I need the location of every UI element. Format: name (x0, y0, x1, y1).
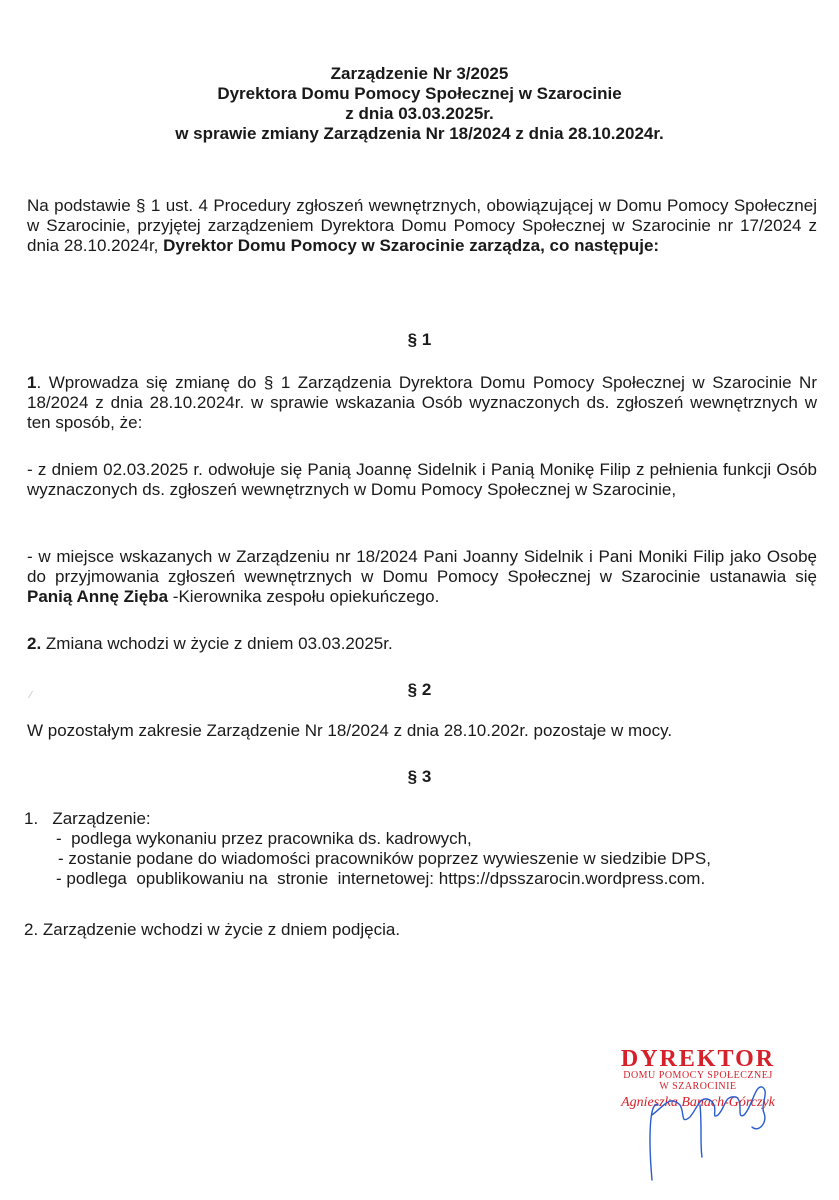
stamp-title: DYREKTOR (598, 1048, 798, 1070)
order-number: Zarządzenie Nr 3/2025 (0, 64, 839, 84)
appointed-person: Panią Annę Zięba (27, 587, 168, 606)
section-1-item-2: 2. Zmiana wchodzi w życie z dniem 03.03.… (27, 634, 817, 654)
section-3-item-1: 1. Zarządzenie: (24, 809, 814, 829)
signature-icon (640, 1075, 780, 1185)
section-3-bullet-2: - zostanie podane do wiadomości pracowni… (58, 849, 839, 869)
preamble: Na podstawie § 1 ust. 4 Procedury zgłosz… (27, 196, 817, 256)
item-text: Zmiana wchodzi w życie z dniem 03.03.202… (41, 634, 393, 653)
section-2-text: W pozostałym zakresie Zarządzenie Nr 18/… (27, 721, 817, 741)
bullet-text-end: -Kierownika zespołu opiekuńczego. (168, 587, 439, 606)
document-header: Zarządzenie Nr 3/2025 Dyrektora Domu Pom… (0, 64, 839, 144)
item-text: . Wprowadza się zmianę do § 1 Zarządzeni… (27, 373, 817, 432)
section-3-item-2: 2. Zarządzenie wchodzi w życie z dniem p… (24, 920, 814, 940)
issuer: Dyrektora Domu Pomocy Społecznej w Szaro… (0, 84, 839, 104)
section-1-item-1: 1. Wprowadza się zmianę do § 1 Zarządzen… (27, 373, 817, 433)
section-1-bullet-1: - z dniem 02.03.2025 r. odwołuje się Pan… (27, 460, 817, 500)
section-3-bullet-1: - podlega wykonaniu przez pracownika ds.… (56, 829, 839, 849)
item-number: 2. (27, 634, 41, 653)
section-3-bullet-3: - podlega opublikowaniu na stronie inter… (56, 869, 839, 889)
section-2-heading: § 2 (0, 680, 839, 700)
section-3-heading: § 3 (0, 767, 839, 787)
document-page: Zarządzenie Nr 3/2025 Dyrektora Domu Pom… (0, 0, 839, 1200)
section-1-heading: § 1 (0, 330, 839, 350)
order-date: z dnia 03.03.2025r. (0, 104, 839, 124)
section-1-bullet-2: - w miejsce wskazanych w Zarządzeniu nr … (27, 547, 817, 607)
bullet-text: - w miejsce wskazanych w Zarządzeniu nr … (27, 547, 817, 586)
preamble-bold: Dyrektor Domu Pomocy w Szarocinie zarząd… (163, 236, 659, 255)
order-subject: w sprawie zmiany Zarządzenia Nr 18/2024 … (0, 124, 839, 144)
